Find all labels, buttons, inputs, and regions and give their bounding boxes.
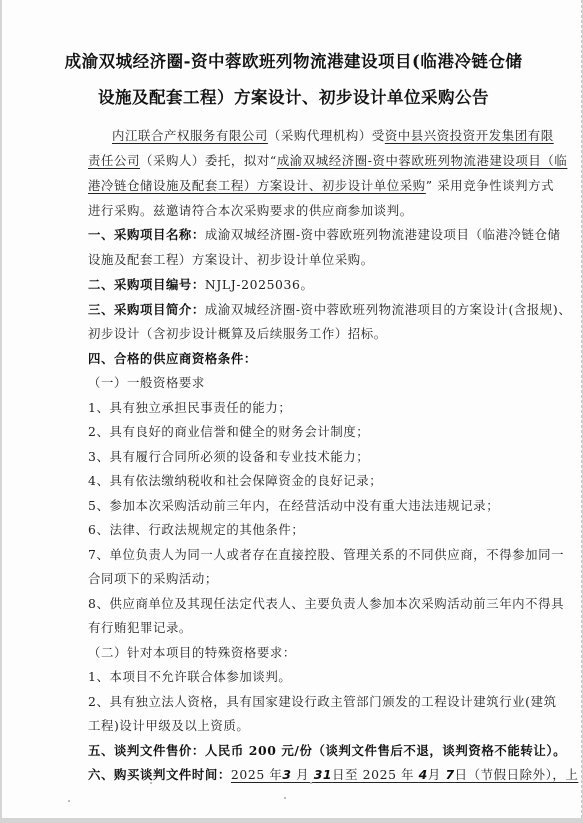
document-page: 成渝双城经济圈-资中蓉欧班列物流港建设项目(临港冷链仓储 设施及配套工程）方案设… [2, 0, 582, 818]
intro-line-2: 责任公司（采购人）委托，拟对“成渝双城经济圈-资中蓉欧班列物流港建设项目（临 [88, 151, 567, 169]
handwritten-month-start: 3 [282, 767, 291, 782]
general-item: 有行贿犯罪记录。 [88, 618, 192, 636]
general-heading: （一）一般资格要求 [88, 373, 205, 391]
intro-line-1: 内江联合产权服务有限公司（采购代理机构）受资中县兴资投资开发集团有限 [112, 126, 554, 144]
handwritten-day-start: 31 [314, 767, 332, 782]
buyer-name-1: 资中县兴资投资开发集团有限 [385, 128, 554, 143]
buyer-name-2: 责任公司 [88, 153, 140, 168]
purchase-period: 2025 年3 月 31日至 2025 年 4月 7日（节假日除外），上 [231, 767, 578, 782]
handwritten-day-end: 7 [445, 767, 454, 782]
general-item: 7、单位负责人为同一人或者存在直接控股、管理关系的不同供应商，不得参加同一 [88, 545, 564, 563]
section-1: 一、采购项目名称：成渝双城经济圈-资中蓉欧班列物流港建设项目（临港冷链仓储 [88, 225, 560, 243]
project-name-1: 成渝双城经济圈-资中蓉欧班列物流港建设项目（临 [277, 153, 568, 168]
intro-line-4: 进行采购。兹邀请符合本次采购要求的供应商参加谈判。 [88, 201, 413, 219]
section-5-label: 五、谈判文件售价： [88, 743, 205, 758]
section-1-cont: 设施及配套工程）方案设计、初步设计单位采购。 [88, 250, 374, 268]
general-item: 8、供应商单位及其现任法定代表人、主要负责人参加本次采购活动前三年内不得具 [88, 594, 564, 612]
scan-speck [284, 797, 286, 799]
scan-speck [68, 800, 70, 802]
scan-speck [310, 782, 312, 784]
section-2: 二、采购项目编号：NJLJ-2025036。 [88, 275, 314, 293]
section-6: 六、购买谈判文件时间：2025 年3 月 31日至 2025 年 4月 7日（节… [88, 765, 578, 783]
section-4-label: 四、合格的供应商资格条件： [88, 349, 257, 367]
section-3: 三、采购项目简介：成渝双城经济圈-资中蓉欧班列物流港项目的方案设计(含报规)、 [88, 300, 571, 318]
doc-title-line-2: 设施及配套工程）方案设计、初步设计单位采购公告 [2, 84, 583, 108]
project-number: NJLJ-2025036。 [205, 277, 314, 292]
section-5: 五、谈判文件售价：人民币 200 元/份（谈判文件售后不退，谈判资格不能转让）。 [88, 741, 566, 759]
special-heading: （二）针对本项目的特殊资格要求： [88, 643, 296, 661]
special-item: 工程)设计甲级及以上资质。 [88, 716, 249, 734]
special-item: 2、具有独立法人资格，具有国家建设行政主管部门颁发的工程设计建筑行业(建筑 [88, 692, 557, 710]
section-2-label: 二、采购项目编号： [88, 277, 205, 292]
scan-speck [150, 782, 152, 784]
handwritten-month-end: 4 [419, 767, 428, 782]
general-item: 合同项下的采购活动； [88, 569, 218, 587]
general-item: 2、具有良好的商业信誉和健全的财务会计制度； [88, 422, 369, 440]
general-item: 5、参加本次采购活动前三年内，在经营活动中没有重大违法违规记录； [88, 496, 499, 514]
doc-title-line-1: 成渝双城经济圈-资中蓉欧班列物流港建设项目(临港冷链仓储 [2, 48, 583, 72]
section-6-label: 六、购买谈判文件时间： [88, 767, 231, 782]
general-item: 4、具有依法缴纳税收和社会保障资金的良好记录； [88, 471, 382, 489]
general-item: 3、具有履行合同所必须的设备和专业技术能力； [88, 447, 369, 465]
document-price: 人民币 200 元/份（谈判文件售后不退，谈判资格不能转让）。 [205, 743, 566, 758]
scan-speck [114, 776, 116, 778]
intro-line-3: 港冷链仓储设施及配套工程）方案设计、初步设计单位采购” 采用竞争性谈判方式 [88, 176, 554, 194]
general-item: 6、法律、行政法规规定的其他条件； [88, 520, 304, 538]
section-1-label: 一、采购项目名称： [88, 227, 205, 242]
general-item: 1、具有独立承担民事责任的能力； [88, 398, 291, 416]
section-3-cont: 初步设计（含初步设计概算及后续服务工作）招标。 [88, 324, 387, 342]
special-item: 1、本项目不允许联合体参加谈判。 [88, 667, 291, 685]
agency-name: 内江联合产权服务有限公司 [112, 128, 268, 143]
section-3-label: 三、采购项目简介： [88, 302, 205, 317]
project-name-2: 港冷链仓储设施及配套工程）方案设计、初步设计单位采购 [88, 178, 426, 193]
